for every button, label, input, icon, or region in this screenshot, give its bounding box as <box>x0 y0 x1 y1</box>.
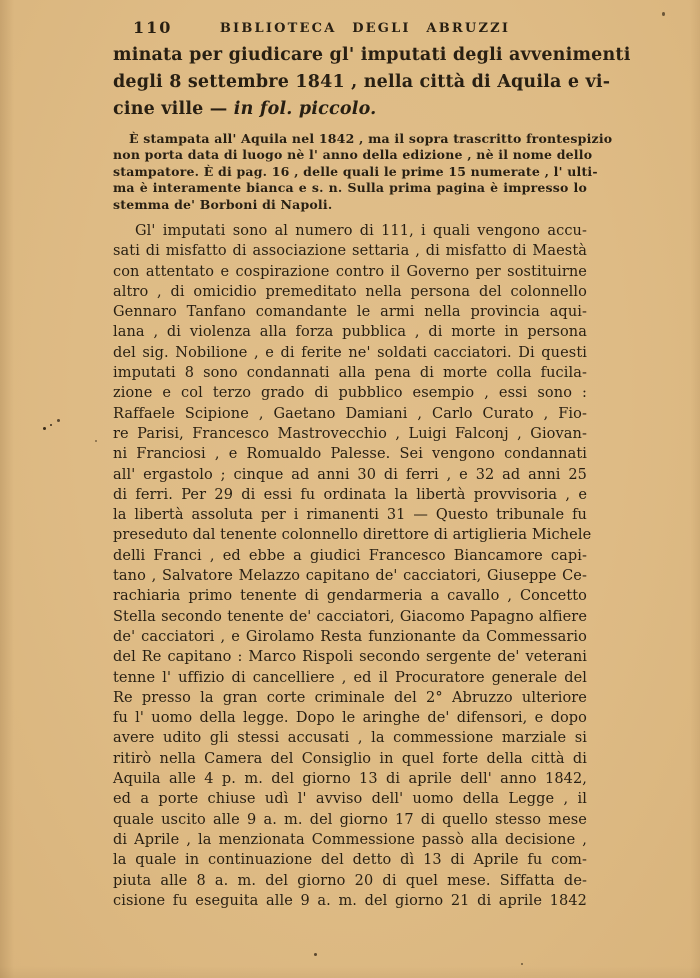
ink-speck <box>95 440 97 442</box>
text-line: minata per giudicare gl' imputati degli … <box>113 42 587 69</box>
text-line: tano , Salvatore Melazzo capitano de' ca… <box>113 566 587 586</box>
text-line: del sig. Nobilione , e di ferite ne' sol… <box>113 343 587 363</box>
text-line: degli 8 settembre 1841 , nella città di … <box>113 69 587 96</box>
ink-speck <box>314 953 317 956</box>
text-line: di ferri. Per 29 di essi fu ordinata la … <box>113 485 587 505</box>
text-line: piuta alle 8 a. m. del giorno 20 di quel… <box>113 871 587 891</box>
text-line: Raffaele Scipione , Gaetano Damiani , Ca… <box>113 404 587 424</box>
text-line: Stella secondo tenente de' cacciatori, G… <box>113 607 587 627</box>
text-line: imputati 8 sono condannati alla pena di … <box>113 363 587 383</box>
text-line: stemma de' Borboni di Napoli. <box>113 197 587 213</box>
text-line: ed a porte chiuse udì l' avviso dell' uo… <box>113 789 587 809</box>
text-line: de' cacciatori , e Girolamo Resta funzio… <box>113 627 587 647</box>
running-head: 110 BIBLIOTECA DEGLI ABRUZZI <box>113 18 587 40</box>
text-line: Re presso la gran corte criminale del 2°… <box>113 688 587 708</box>
text-line: ma è interamente bianca e s. n. Sulla pr… <box>113 180 587 196</box>
text-line: delli Franci , ed ebbe a giudici Frances… <box>113 546 587 566</box>
text-line: quale uscito alle 9 a. m. del giorno 17 … <box>113 810 587 830</box>
text-line: con attentato e cospirazione contro il G… <box>113 262 587 282</box>
entry-title-tail-plain: cine ville — <box>113 99 234 119</box>
text-line: non porta data di luogo nè l' anno della… <box>113 147 587 163</box>
text-line: tenne l' uffizio di cancelliere , ed il … <box>113 668 587 688</box>
text-line: sati di misfatto di associazione settari… <box>113 241 587 261</box>
running-title: BIBLIOTECA DEGLI ABRUZZI <box>113 21 587 36</box>
text-line: È stampata all' Aquila nel 1842 , ma il … <box>113 131 587 147</box>
text-line: altro , di omicidio premeditato nella pe… <box>113 282 587 302</box>
text-line: ritirò nella Camera del Consiglio in que… <box>113 749 587 769</box>
text-line: Gennaro Tanfano comandante le armi nella… <box>113 302 587 322</box>
book-page-scan: 110 BIBLIOTECA DEGLI ABRUZZI minata per … <box>0 0 700 978</box>
ink-speck <box>50 424 52 426</box>
ink-speck <box>43 427 46 430</box>
text-line: Aquila alle 4 p. m. del giorno 13 di apr… <box>113 769 587 789</box>
ink-speck <box>521 963 523 965</box>
text-line: lana , di violenza alla forza pubblica ,… <box>113 322 587 342</box>
text-line: la libertà assoluta per i rimanenti 31 —… <box>113 505 587 525</box>
text-line: stampatore. È di pag. 16 , delle quali l… <box>113 164 587 180</box>
text-line: zione e col terzo grado di pubblico esem… <box>113 383 587 403</box>
text-line: all' ergastolo ; cinque ad anni 30 di fe… <box>113 465 587 485</box>
entry-title-last-line: cine ville — in fol. piccolo. <box>113 96 587 123</box>
text-line: la quale in continuazione del detto dì 1… <box>113 850 587 870</box>
body-text-paragraph: Gl' imputati sono al numero di 111, i qu… <box>113 221 587 911</box>
ink-speck <box>57 419 60 422</box>
entry-title-tail-italic: in fol. piccolo. <box>234 99 377 119</box>
text-line: ni Franciosi , e Romualdo Palesse. Sei v… <box>113 444 587 464</box>
text-line: cisione fu eseguita alle 9 a. m. del gio… <box>113 891 587 911</box>
text-line: preseduto dal tenente colonnello diretto… <box>113 525 587 545</box>
text-line: del Re capitano : Marco Rispoli secondo … <box>113 647 587 667</box>
entry-title-paragraph: minata per giudicare gl' imputati degli … <box>113 42 587 96</box>
text-line: di Aprile , la menzionata Commessione pa… <box>113 830 587 850</box>
text-line: avere udito gli stessi accusati , la com… <box>113 728 587 748</box>
imprint-note-paragraph: È stampata all' Aquila nel 1842 , ma il … <box>113 131 587 213</box>
ink-speck <box>662 12 665 16</box>
text-line: re Parisi, Francesco Mastrovecchio , Lui… <box>113 424 587 444</box>
text-line: Gl' imputati sono al numero di 111, i qu… <box>113 221 587 241</box>
text-line: rachiaria primo tenente di gendarmeria a… <box>113 586 587 606</box>
text-line: fu l' uomo della legge. Dopo le aringhe … <box>113 708 587 728</box>
